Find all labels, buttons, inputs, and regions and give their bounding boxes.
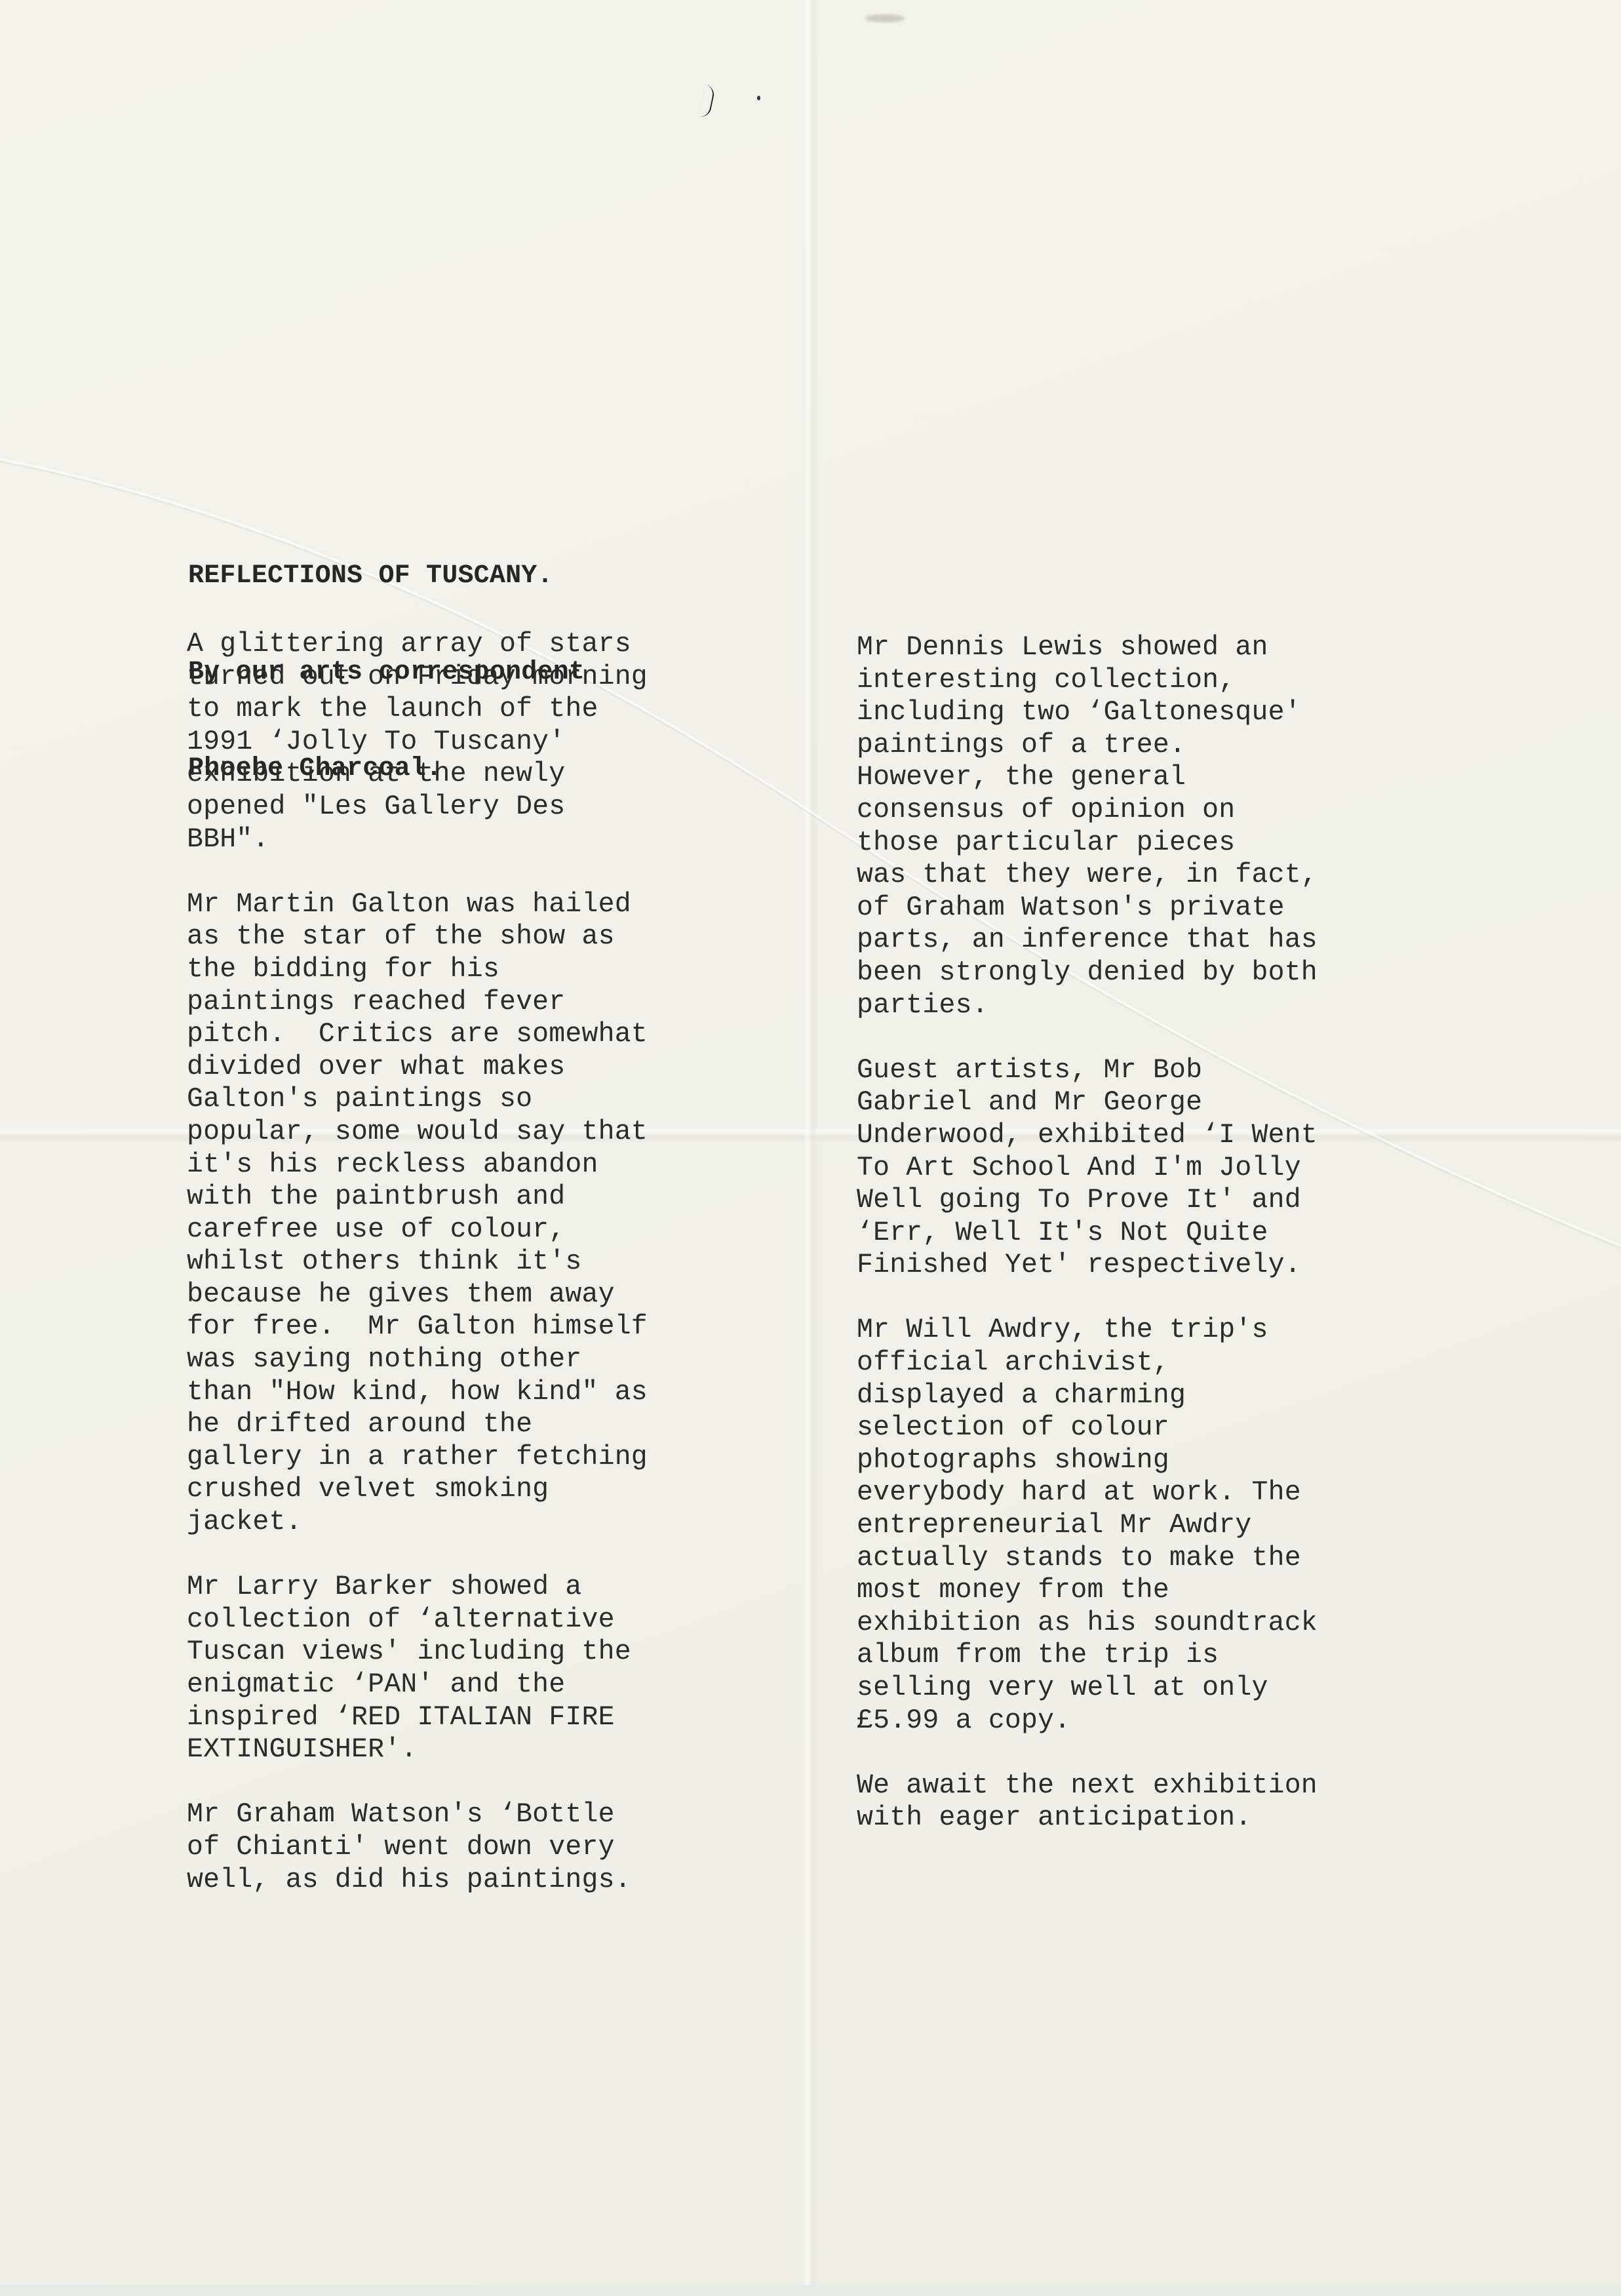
text-line: Underwood, exhibited ‘I Went	[857, 1119, 1318, 1152]
text-line: actually stands to make the	[857, 1542, 1318, 1575]
text-line: it's his reckless abandon	[187, 1149, 648, 1181]
text-line: was that they were, in fact,	[857, 859, 1318, 892]
text-line: as the star of the show as	[187, 920, 648, 953]
text-line: most money from the	[857, 1574, 1318, 1607]
text-line: inspired ‘RED ITALIAN FIRE	[187, 1701, 648, 1734]
text-line: with the paintbrush and	[187, 1181, 648, 1214]
text-line: he drifted around the	[187, 1408, 648, 1441]
text-line: Mr Will Awdry, the trip's	[857, 1314, 1318, 1347]
text-line: Mr Graham Watson's ‘Bottle	[187, 1798, 648, 1831]
text-line: selling very well at only	[857, 1672, 1318, 1705]
text-line: because he gives them away	[187, 1278, 648, 1311]
text-line: everybody hard at work. The	[857, 1476, 1318, 1509]
text-line: ‘Err, Well It's Not Quite	[857, 1217, 1318, 1250]
text-line: Guest artists, Mr Bob	[857, 1054, 1318, 1087]
text-line: interesting collection,	[857, 664, 1318, 697]
paragraph: Guest artists, Mr BobGabriel and Mr Geor…	[857, 1054, 1318, 1282]
text-line: gallery in a rather fetching	[187, 1441, 648, 1474]
text-line: been strongly denied by both	[857, 957, 1318, 989]
paragraph: A glittering array of starsturned out on…	[187, 628, 648, 856]
text-line: 1991 ‘Jolly To Tuscany'	[187, 726, 648, 759]
scanner-edge	[0, 2285, 1621, 2296]
text-line: Mr Larry Barker showed a	[187, 1571, 648, 1604]
text-line: of Graham Watson's private	[857, 892, 1318, 924]
text-line: official archivist,	[857, 1347, 1318, 1379]
text-line: divided over what makes	[187, 1051, 648, 1084]
text-line: with eager anticipation.	[857, 1802, 1318, 1834]
text-line: consensus of opinion on	[857, 794, 1318, 827]
text-line: Mr Martin Galton was hailed	[187, 888, 648, 921]
text-line: parts, an inference that has	[857, 924, 1318, 957]
text-line: Gabriel and Mr George	[857, 1086, 1318, 1119]
text-line: the bidding for his	[187, 953, 648, 986]
text-line: selection of colour	[857, 1412, 1318, 1444]
paragraph: Mr Martin Galton was hailedas the star o…	[187, 888, 648, 1539]
text-line: However, the general	[857, 761, 1318, 794]
text-line: well, as did his paintings.	[187, 1864, 648, 1897]
text-line: photographs showing	[857, 1444, 1318, 1477]
ink-dot	[757, 96, 760, 100]
text-line: carefree use of colour,	[187, 1214, 648, 1246]
paragraph: Mr Larry Barker showed acollection of ‘a…	[187, 1571, 648, 1766]
text-line: Galton's paintings so	[187, 1083, 648, 1116]
text-line: was saying nothing other	[187, 1343, 648, 1376]
text-line: Well going To Prove It' and	[857, 1184, 1318, 1217]
text-line: whilst others think it's	[187, 1246, 648, 1278]
paragraph: We await the next exhibitionwith eager a…	[857, 1770, 1318, 1834]
text-line: BBH".	[187, 823, 648, 856]
text-line: enigmatic ‘PAN' and the	[187, 1669, 648, 1701]
text-line: popular, some would say that	[187, 1116, 648, 1149]
text-line: jacket.	[187, 1506, 648, 1539]
text-line: displayed a charming	[857, 1379, 1318, 1412]
paragraph: Mr Dennis Lewis showed aninteresting col…	[857, 631, 1318, 1021]
paragraph: Mr Graham Watson's ‘Bottleof Chianti' we…	[187, 1798, 648, 1896]
text-line: Tuscan views' including the	[187, 1636, 648, 1669]
text-line: parties.	[857, 989, 1318, 1022]
text-line: opened "Les Gallery Des	[187, 791, 648, 823]
text-line: crushed velvet smoking	[187, 1473, 648, 1506]
text-line: including two ‘Galtonesque'	[857, 696, 1318, 729]
text-line: We await the next exhibition	[857, 1770, 1318, 1802]
text-line: to mark the launch of the	[187, 693, 648, 726]
text-line: exhibition at the newly	[187, 758, 648, 791]
text-line: Finished Yet' respectively.	[857, 1249, 1318, 1282]
text-line: collection of ‘alternative	[187, 1604, 648, 1636]
text-line: for free. Mr Galton himself	[187, 1311, 648, 1343]
text-line: paintings of a tree.	[857, 729, 1318, 762]
right-column: Mr Dennis Lewis showed aninteresting col…	[857, 631, 1318, 1867]
text-line: EXTINGUISHER'.	[187, 1733, 648, 1766]
text-line: To Art School And I'm Jolly	[857, 1152, 1318, 1185]
text-line: than "How kind, how kind" as	[187, 1376, 648, 1409]
text-line: exhibition as his soundtrack	[857, 1607, 1318, 1640]
text-line: £5.99 a copy.	[857, 1705, 1318, 1737]
paragraph: Mr Will Awdry, the trip'sofficial archiv…	[857, 1314, 1318, 1737]
text-line: those particular pieces	[857, 827, 1318, 860]
text-line: turned out on Friday morning	[187, 661, 648, 694]
text-line: Mr Dennis Lewis showed an	[857, 631, 1318, 664]
text-line: album from the trip is	[857, 1639, 1318, 1672]
text-line: entrepreneurial Mr Awdry	[857, 1509, 1318, 1542]
text-line: of Chianti' went down very	[187, 1831, 648, 1864]
text-line: pitch. Critics are somewhat	[187, 1018, 648, 1051]
left-column: A glittering array of starsturned out on…	[187, 628, 648, 1929]
headline: REFLECTIONS OF TUSCANY.	[188, 560, 585, 592]
text-line: paintings reached fever	[187, 986, 648, 1019]
text-line: A glittering array of stars	[187, 628, 648, 661]
ink-smudge	[865, 14, 905, 22]
